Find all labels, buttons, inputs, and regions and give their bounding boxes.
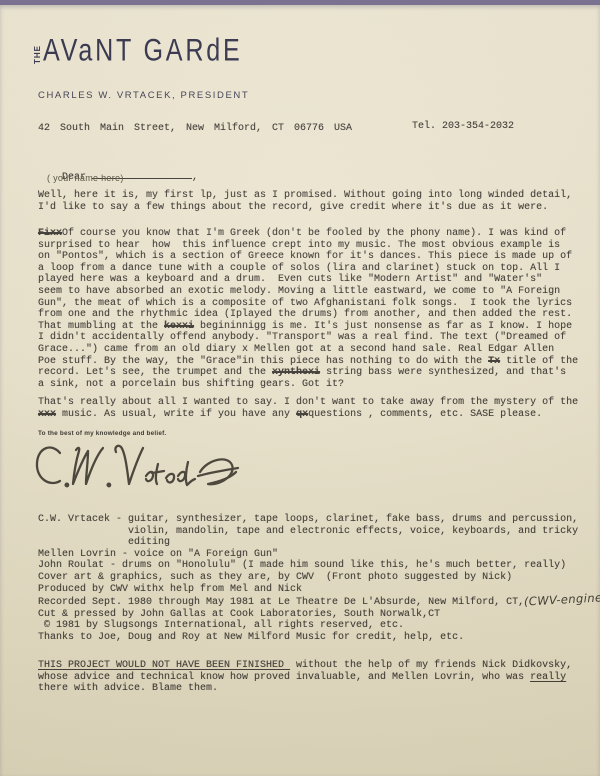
text-line: That's really about all I wanted to say.… (38, 397, 578, 409)
text-line: Thanks to Joe, Doug and Roy at New Milfo… (38, 632, 600, 644)
text-line: C.W. Vrtacek - guitar, synthesizer, tape… (38, 514, 600, 526)
text-line: Produced by CWV withx help from Mel and … (38, 584, 600, 596)
text-line: Cut & pressed by John Gallas at Cook Lab… (38, 609, 600, 621)
text-line: FixxOf course you know that I'm Greek (d… (38, 228, 578, 240)
thanks-postscript: THIS PROJECT WOULD NOT HAVE BEEN FINISHE… (38, 660, 572, 695)
text-line: editing (38, 537, 600, 549)
logo-the-label: THE (33, 45, 42, 64)
president-line: CHARLES W. VRTACEK, PRESIDENT (38, 90, 249, 101)
salutation-comma: , (192, 172, 198, 183)
album-credits: C.W. Vrtacek - guitar, synthesizer, tape… (38, 514, 600, 644)
text-line: That mumbling at the kexxi begininnigg i… (38, 321, 578, 333)
text-line: there with advice. Blame them. (38, 683, 572, 695)
address-line: 42 South Main Street, New Milford, CT 06… (38, 123, 352, 135)
text-line: © 1981 by Slugsongs International, all r… (38, 620, 600, 632)
paragraph-opening: Well, here it is, my first lp, just as I… (38, 190, 572, 213)
text-line: Gun", the meat of which is a composite o… (38, 298, 578, 310)
text-line: Mellen Lovrin - voice on "A Foreign Gun" (38, 549, 600, 561)
text-line: Well, here it is, my first lp, just as I… (38, 190, 572, 202)
text-line: I didn't accidentally offend anybody. "T… (38, 332, 578, 344)
text-line: surprised to hear how this influence cre… (38, 240, 578, 252)
handwritten-signature: C.W. Vrtacek (30, 441, 245, 499)
text-line: on "Pontos", which is a section of Greec… (38, 251, 578, 263)
knowledge-belief-stamp: To the best of my knowledge and belief. (38, 430, 166, 437)
text-line: Grace...") came from an old diary x Mell… (38, 344, 578, 356)
phone-line: Tel. 203-354-2032 (412, 121, 514, 133)
logo-wordmark: AVaNT GARdE (43, 32, 243, 69)
text-line: seem to have absorbed an exotic melody. … (38, 286, 578, 298)
paragraph-closing: That's really about all I wanted to say.… (38, 397, 578, 420)
text-line: Poe stuff. By the way, the "Grace"in thi… (38, 356, 578, 368)
text-line: record. Let's see, the trumpet and the x… (38, 367, 578, 379)
letter-paper: THE AVaNT GARdE CHARLES W. VRTACEK, PRES… (0, 5, 600, 776)
text-line: John Roulat - drums on "Honolulu" (I mad… (38, 560, 600, 572)
paragraph-main: FixxOf course you know that I'm Greek (d… (38, 228, 578, 390)
avant-garde-logo: THE AVaNT GARdE (33, 32, 258, 64)
text-line: from one and the rhythmic idea (Iplayed … (38, 309, 578, 321)
text-line: THIS PROJECT WOULD NOT HAVE BEEN FINISHE… (38, 660, 572, 672)
text-line: a sink, not a porcelain bus shifting gea… (38, 379, 578, 391)
your-name-here-hint: ( your name here) (47, 173, 124, 183)
text-line: I'd like to say a few things about the r… (38, 202, 572, 214)
text-line: a loop from a dance tune with a couple o… (38, 263, 578, 275)
text-line: Recorded Sept. 1980 through May 1981 at … (38, 595, 600, 609)
text-line: violin, mandolin, tape and electronic ef… (38, 526, 600, 538)
text-line: whose advice and technical know how prov… (38, 672, 572, 684)
text-line: Cover art & graphics, such as they are, … (38, 572, 600, 584)
text-line: xxx music. As usual, write if you have a… (38, 409, 578, 421)
text-line: played here was a keyboard and a drum. E… (38, 274, 578, 286)
